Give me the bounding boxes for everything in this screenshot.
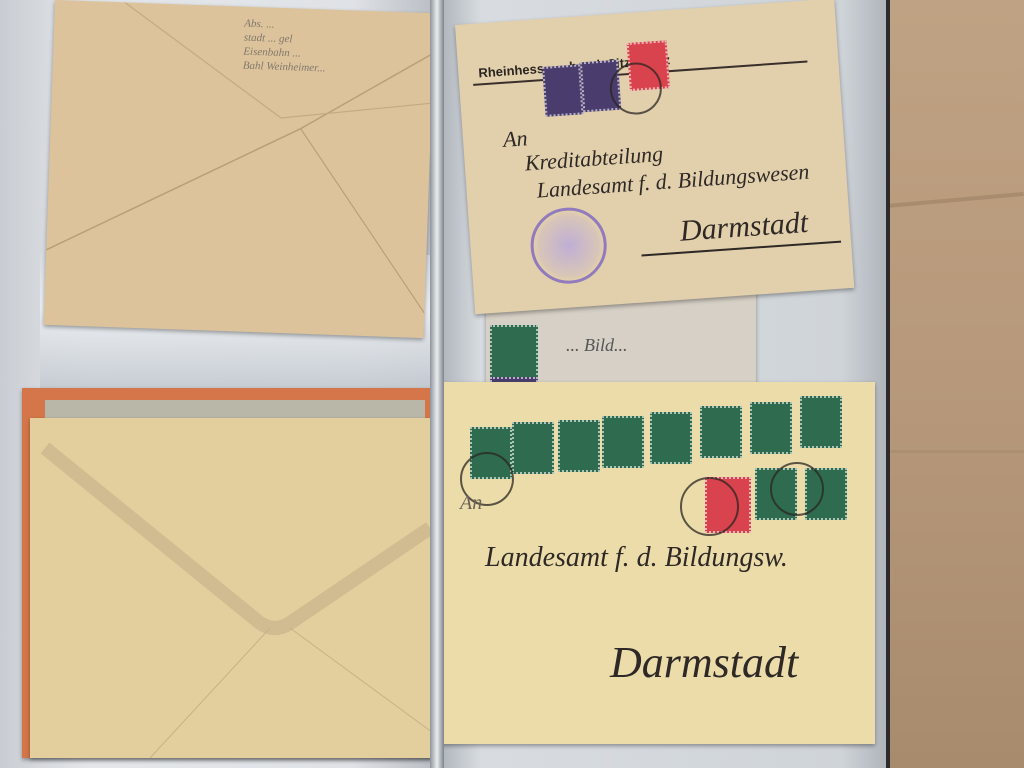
address-city: Darmstadt [610,637,798,688]
green-stamp [700,406,742,458]
address-line: Landesamt f. d. Bildungsw. [485,542,788,574]
cover-back-bottom-left [30,418,440,758]
postmark [770,462,824,516]
official-seal [528,205,609,286]
green-stamp [558,420,600,472]
green-stamp [750,402,792,454]
green-stamp [602,416,644,468]
pencil-sender-note: Abs. ... stadt ... gel Eisenbahn ... Bah… [243,17,415,79]
cover-back-top-left: Abs. ... stadt ... gel Eisenbahn ... Bah… [44,0,435,338]
cover-front-bottom-right: An Landesamt f. d. Bildungsw. Darmstadt [440,382,875,744]
green-stamp [512,422,554,474]
address-city: Darmstadt [679,206,809,249]
postmark-bensheim [680,477,739,536]
green-stamp [800,396,842,448]
violet-stamp [542,64,583,117]
address-line: An [460,492,482,515]
green-stamp [650,412,692,464]
handwritten-partial: ... Bild... [566,335,628,356]
envelope-flap-lines [30,418,440,758]
album-spine [430,0,444,768]
cover-front-top-right: Rheinhess... ...band, Sitz Mainz An Kred… [455,0,854,314]
green-stamp [490,325,538,379]
address-line: An [502,125,528,153]
